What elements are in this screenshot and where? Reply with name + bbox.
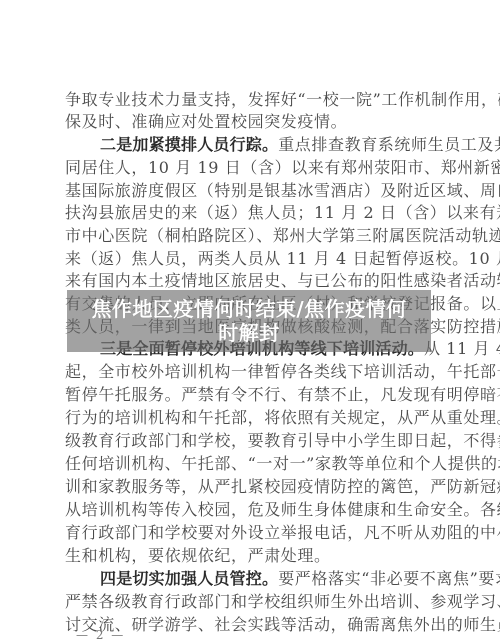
- section-heading-line: 四是切实加强人员管控。要严格落实“非必要不离焦”要求，: [100, 568, 435, 590]
- body-line: 级教育行政部门和学校，要教育引导中小学生即日起，不得参加: [65, 430, 435, 452]
- body-line: 来有国内本土疫情地区旅居史、与已公布的阳性感染者活动轨迹: [65, 270, 435, 292]
- body-line: 暂停午托服务。严禁有令不行、有禁不止，凡发现有明停暗不停: [65, 384, 435, 406]
- body-line: 市中心医院（桐柏路院区）、郑州大学第三附属医院活动轨迹的: [65, 225, 435, 247]
- section-heading-2: 二是加紧摸排人员行踪。: [100, 135, 278, 154]
- body-text: 要严格落实“非必要不离焦”要求，: [278, 569, 500, 588]
- body-line: 同居住人，10 月 19 日（含）以来有郑州荥阳市、郑州新密市银: [65, 157, 435, 179]
- body-line: 保及时、准确应对处置校园突发疫情。: [65, 111, 435, 133]
- page-number: — 2 —: [76, 628, 125, 642]
- overlay-title-line-2: 时解封: [218, 321, 280, 345]
- body-line: 训和家教服务等，从严扎紧校园疫情防控的篱笆，严防新冠病毒: [65, 476, 435, 498]
- body-line: 行为的培训机构和午托部，将依照有关规定，从严从重处理。各: [65, 407, 435, 429]
- body-line: 争取专业技术力量支持，发挥好“一校一院”工作机制作用，确: [65, 89, 435, 111]
- body-line: 育行政部门和学校要对外设立举报电话，凡不听从劝阻的中小学: [65, 522, 435, 544]
- body-line: 来（返）焦人员，两类人员从 11 月 4 日起暂停返校。10 月份以: [65, 248, 435, 270]
- body-text: 重点排查教育系统师生员工及共: [278, 135, 500, 154]
- document-page: 争取专业技术力量支持，发挥好“一校一院”工作机制作用，确 保及时、准确应对处置校…: [0, 0, 500, 642]
- body-line: 扶沟县旅居史的来（返）焦人员；11 月 2 日（含）以来有郑州: [65, 202, 435, 224]
- section-heading-line: 二是加紧摸排人员行踪。重点排查教育系统师生员工及共: [100, 134, 435, 156]
- body-line: 严禁各级教育行政部门和学校组织师生外出培训、参观学习、研: [65, 591, 435, 613]
- section-heading-4: 四是切实加强人员管控。: [100, 569, 278, 588]
- body-line: 基国际旅游度假区（特别是银基冰雪酒店）及附近区域、周口市: [65, 180, 435, 202]
- overlay-title-line-1: 焦作地区疫情何时结束/焦作疫情何: [91, 297, 406, 321]
- body-line: 起，全市校外培训机构一律暂停各类线下培训活动，午托部一律: [65, 361, 435, 383]
- body-text: 从 11 月 4 日: [424, 339, 500, 358]
- body-line: 从培训机构等传入校园，危及师生身体健康和生命安全。各级教: [65, 499, 435, 521]
- body-line: 任何培训机构、午托部、“一对一”家教等单位和个人提供的培: [65, 453, 435, 475]
- body-line: 生和机构，要依规依纪，严肃处理。: [65, 545, 435, 567]
- title-overlay-banner: 焦作地区疫情何时结束/焦作疫情何 时解封: [67, 290, 431, 352]
